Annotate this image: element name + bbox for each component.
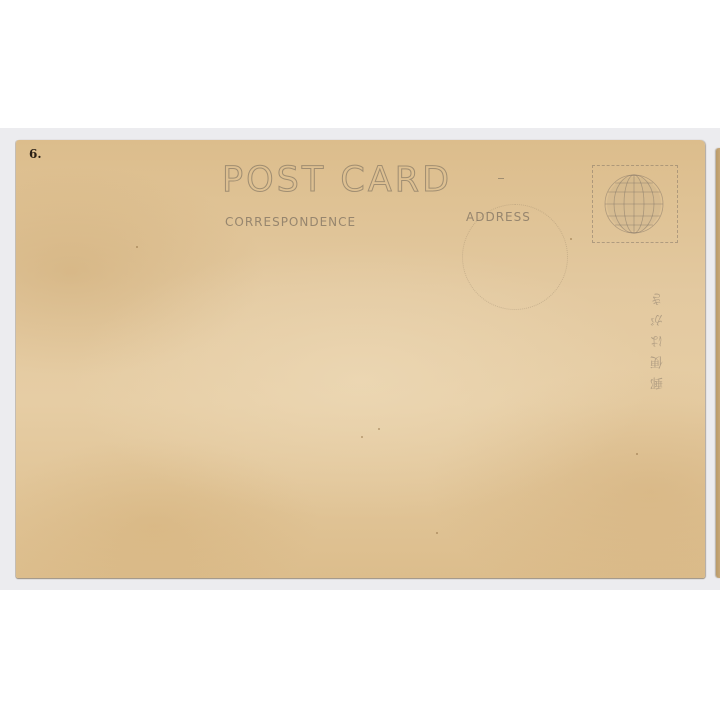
paper-speck — [136, 246, 138, 248]
paper-speck — [636, 453, 638, 455]
postcard-back: 6. POST CARD CORRESPONDENCE ADDRESS 郵便はが… — [16, 140, 705, 578]
paper-speck — [570, 238, 572, 240]
paper-speck — [378, 428, 380, 430]
globe-icon — [603, 173, 665, 235]
card-index-number: 6. — [29, 147, 42, 161]
paper-speck — [361, 436, 363, 438]
stamp-box — [592, 165, 678, 243]
japanese-postcard-text: 郵便はがき — [649, 285, 668, 390]
address-label: ADDRESS — [466, 210, 531, 224]
postcard-title: POST CARD — [222, 160, 452, 200]
title-tick-mark — [498, 178, 504, 179]
paper-speck — [436, 532, 438, 534]
adjacent-postcard-edge — [716, 148, 720, 578]
correspondence-label: CORRESPONDENCE — [225, 215, 356, 229]
